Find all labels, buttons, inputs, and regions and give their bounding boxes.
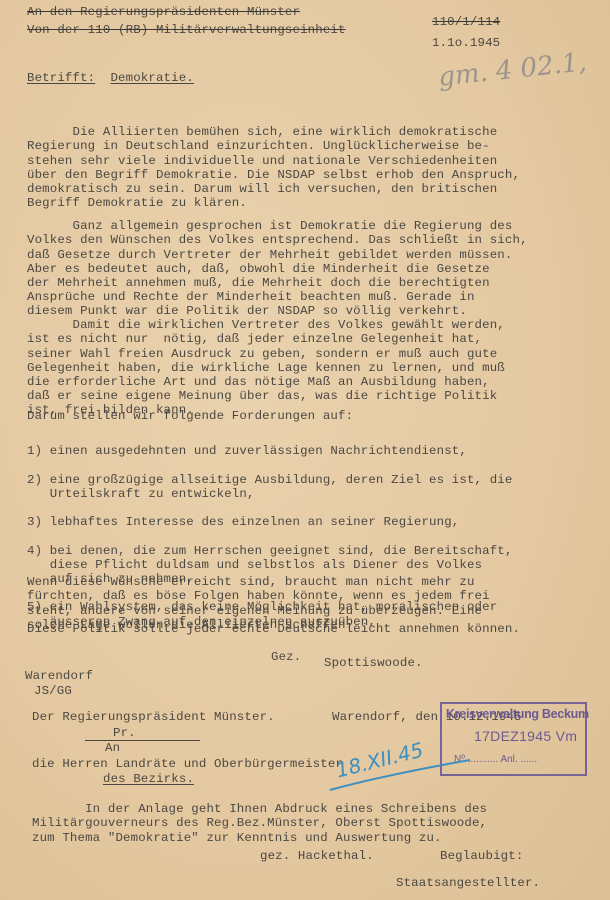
divider <box>85 740 200 741</box>
to-label: An <box>105 741 120 755</box>
demands-intro: Darum stellen wir folgende Forderungen a… <box>27 409 353 423</box>
signature2-certified: Beglaubigt: <box>440 849 523 863</box>
demand-item-cont: Urteilskraft zu entwickeln, <box>27 487 512 501</box>
line: zum Thema "Demokratie" zur Kenntnis und … <box>32 831 487 845</box>
line: ist es nicht nur nötig, daß jeder einzel… <box>27 332 505 346</box>
footer-from: Der Regierungspräsident Münster. <box>32 710 275 724</box>
to-line1: die Herren Landräte und Oberbürgermeiste… <box>32 757 343 771</box>
pencil-annotation: gm. 4 02.1, <box>437 47 588 92</box>
line: In der Anlage geht Ihnen Abdruck eines S… <box>32 802 487 816</box>
subject-label: Betrifft: <box>27 71 95 85</box>
sender-line: Von der 110 (RB) Militärverwaltungseinhe… <box>27 23 346 37</box>
line: Damit die wirklichen Vertreter des Volke… <box>27 318 505 332</box>
footer-initials: JS/GG <box>34 684 72 698</box>
footer-place: Warendorf <box>25 669 93 683</box>
line: Aber es bedeutet auch, daß, obwohl die M… <box>27 262 528 276</box>
line: Wenn diese Wünsche erreicht sind, brauch… <box>27 575 490 589</box>
footer-pr: Pr. <box>113 726 136 740</box>
letter-date: 1.1o.1945 <box>432 36 500 50</box>
line: seiner Wahl freien Ausdruck zu geben, so… <box>27 347 505 361</box>
demand-item: 2) eine großzügige allseitige Ausbildung… <box>27 473 512 487</box>
subject-line: Betrifft: Demokratie. <box>27 71 194 85</box>
signature-gez: Gez. <box>271 650 301 664</box>
final-line: Diese Politik sollte jeder echte Deutsch… <box>27 622 520 636</box>
line: stehen sehr viele individuelle und natio… <box>27 154 520 168</box>
line: Gelegenheit haben, die wirkliche Lage ke… <box>27 361 505 375</box>
line: die erforderliche Art und das nötige Maß… <box>27 375 505 389</box>
recipient-struck: An den Regierungspräsidenten Münster <box>27 5 300 19</box>
line: über den Begriff Demokratie. Die NSDAP s… <box>27 168 520 182</box>
line: Ganz allgemein gesprochen ist Demokratie… <box>27 219 528 233</box>
signature2-gez: gez. Hackethal. <box>260 849 374 863</box>
subject-value: Demokratie. <box>110 71 193 85</box>
line: Volkes den Wünschen des Volkes entsprech… <box>27 233 528 247</box>
line: Die Alliierten bemühen sich, eine wirkli… <box>27 125 520 139</box>
demand-item: 4) bei denen, die zum Herrschen geeignet… <box>27 544 512 558</box>
stamp-date: 17DEZ1945 Vm <box>474 728 577 744</box>
line: demokratisch zu sein. Darum will ich ver… <box>27 182 520 196</box>
line: Ansprüche und Rechte der Minderheit beac… <box>27 290 528 304</box>
reference-number: 110/1/114 <box>432 15 500 29</box>
line: Militärgouverneurs des Reg.Bez.Münster, … <box>32 816 487 830</box>
demand-item: 1) einen ausgedehnten und zuverlässigen … <box>27 444 512 458</box>
line: daß er seine eigene Meinung über das, wa… <box>27 389 505 403</box>
sender: Von der 110 (RB) Militärverwaltungseinhe… <box>27 23 346 37</box>
line: daß Gesetze durch Vertreter der Mehrheit… <box>27 248 528 262</box>
stamp-office: Kreisverwaltung Beckum <box>446 707 589 721</box>
line: der Mehrheit annehmen muß, die Mehrheit … <box>27 276 528 290</box>
line: fürchten, daß es böse Folgen haben könnt… <box>27 589 490 603</box>
signature-name: Spottiswoode. <box>324 656 423 670</box>
line: steht, andere von seiner eigenen Meinung… <box>27 604 490 618</box>
to-line2: des Bezirks. <box>103 772 194 786</box>
line: Regierung in Deutschland einzurichten. U… <box>27 139 520 153</box>
signature2-title: Staatsangestellter. <box>396 876 540 890</box>
demand-item: 3) lebhaftes Interesse des einzelnen an … <box>27 515 512 529</box>
